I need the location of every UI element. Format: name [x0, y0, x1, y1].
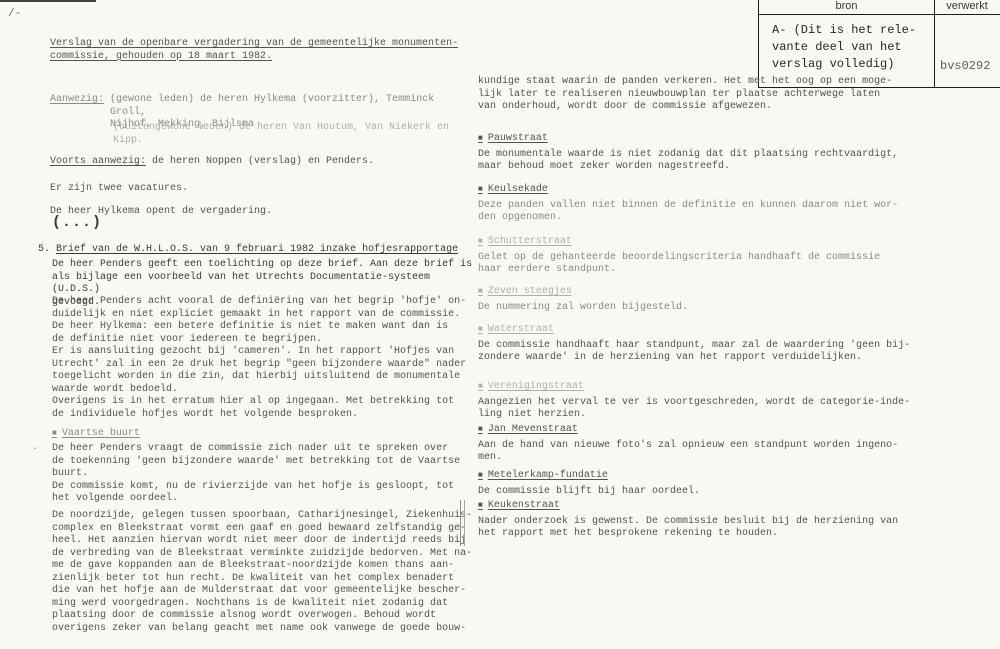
section-heading: Jan Mevenstraat: [488, 424, 578, 435]
section-marker-icon: ■: [478, 425, 483, 434]
street-section-metelerkamp: ■Metelerkamp-fundatie De commissie blijf…: [478, 470, 928, 498]
section-heading: Schutterstraat: [488, 236, 572, 247]
stamp-note: A- (Dit is het rele- vante deel van het …: [772, 22, 916, 73]
section-heading: Keukenstraat: [488, 500, 560, 511]
section-body: Aan de hand van nieuwe foto's zal opnieu…: [478, 440, 928, 465]
scanned-document-page: /- bron verwerkt A- (Dit is het rele- va…: [0, 0, 1000, 649]
also-present-text: de heren Noppen (verslag) en Penders.: [152, 156, 374, 169]
section-body: Nader onderzoek is gewenst. De commissie…: [478, 516, 928, 541]
section-heading: Metelerkamp-fundatie: [488, 470, 608, 481]
section-marker-icon: ■: [478, 471, 483, 480]
stamp-header-bron: bron: [759, 0, 934, 14]
document-title: Verslag van de openbare vergadering van …: [50, 38, 458, 63]
corner-mark: /-: [8, 8, 21, 21]
stamp-header-verwerkt: verwerkt: [934, 0, 1000, 14]
section-body: De commissie handhaaft haar standpunt, m…: [478, 340, 928, 365]
street-section-pauwstraat: ■Pauwstraat De monumentale waarde is nie…: [478, 133, 928, 174]
section-heading: Zeven steegjes: [488, 286, 572, 297]
omission-mark: (...): [52, 217, 102, 230]
stamp-table: bron verwerkt A- (Dit is het rele- vante…: [758, 0, 1000, 88]
agenda-item-heading-row: 5.Brief van de W.H.L.O.S. van 9 februari…: [38, 244, 458, 257]
section-body: De monumentale waarde is niet zodanig da…: [478, 149, 928, 174]
paragraph-vaartse-2: De noordzijde, gelegen tussen spoorbaan,…: [52, 510, 472, 635]
street-section-keukenstraat: ■Keukenstraat Nader onderzoek is gewenst…: [478, 500, 928, 541]
section-body: De nummering zal worden bijgesteld.: [478, 302, 928, 315]
vaartse-heading-row: ■Vaartse buurt: [52, 428, 140, 441]
street-section-zeven-steegjes: ■Zeven steegjes De nummering zal worden …: [478, 286, 928, 314]
section-heading-vaartse: Vaartse buurt: [62, 428, 140, 439]
paragraph-item5-2: De heer Penders acht vooral de definiëri…: [52, 296, 466, 421]
section-heading: Pauwstraat: [488, 133, 548, 144]
section-heading: Keulsekade: [488, 184, 548, 195]
vacancies-note: Er zijn twee vacatures.: [50, 183, 188, 196]
paragraph-continuation: kundige staat waarin de panden verkeren.…: [478, 76, 892, 114]
also-present-row: Voorts aanwezig: de heren Noppen (versla…: [50, 156, 374, 169]
stamp-code: bvs0292: [940, 60, 990, 73]
stamp-table-header: bron verwerkt: [759, 0, 1000, 15]
agenda-item-heading: Brief van de W.H.L.O.S. van 9 februari 1…: [56, 244, 458, 255]
section-body: Gelet op de gehanteerde beoordelingscrit…: [478, 252, 928, 277]
attendees-label: Aanwezig:: [50, 94, 104, 132]
street-section-jan-mevenstraat: ■Jan Mevenstraat Aan de hand van nieuwe …: [478, 424, 928, 465]
section-body: De commissie blijft bij haar oordeel.: [478, 486, 928, 499]
margin-dot: ·: [32, 444, 38, 457]
section-body: Deze panden vallen niet binnen de defini…: [478, 200, 928, 225]
attendees-extra: (buitengewone leden) de heren Van Houtum…: [113, 122, 449, 147]
section-heading: Verenigingstraat: [488, 381, 584, 392]
street-section-keulsekade: ■Keulsekade Deze panden vallen niet binn…: [478, 184, 928, 225]
section-body: Aangezien het verval te ver is voortgesc…: [478, 397, 928, 422]
also-present-label: Voorts aanwezig:: [50, 156, 146, 169]
section-marker-icon: ■: [478, 134, 483, 143]
street-section-schutterstraat: ■Schutterstraat Gelet op de gehanteerde …: [478, 236, 928, 277]
section-marker-icon: ■: [478, 501, 483, 510]
scan-edge-artifact: [0, 0, 96, 2]
section-marker-icon: ■: [478, 325, 483, 334]
margin-mark: [460, 500, 465, 546]
section-marker-icon: ■: [52, 429, 57, 438]
section-heading: Waterstraat: [488, 324, 554, 335]
section-marker-icon: ■: [478, 382, 483, 391]
paragraph-vaartse-1: De heer Penders vraagt de commissie zich…: [52, 443, 460, 506]
section-marker-icon: ■: [478, 185, 483, 194]
section-marker-icon: ■: [478, 287, 483, 296]
street-section-waterstraat: ■Waterstraat De commissie handhaaft haar…: [478, 324, 928, 365]
street-section-verenigingstraat: ■Verenigingstraat Aangezien het verval t…: [478, 381, 928, 422]
section-marker-icon: ■: [478, 237, 483, 246]
agenda-item-number: 5.: [38, 244, 50, 255]
